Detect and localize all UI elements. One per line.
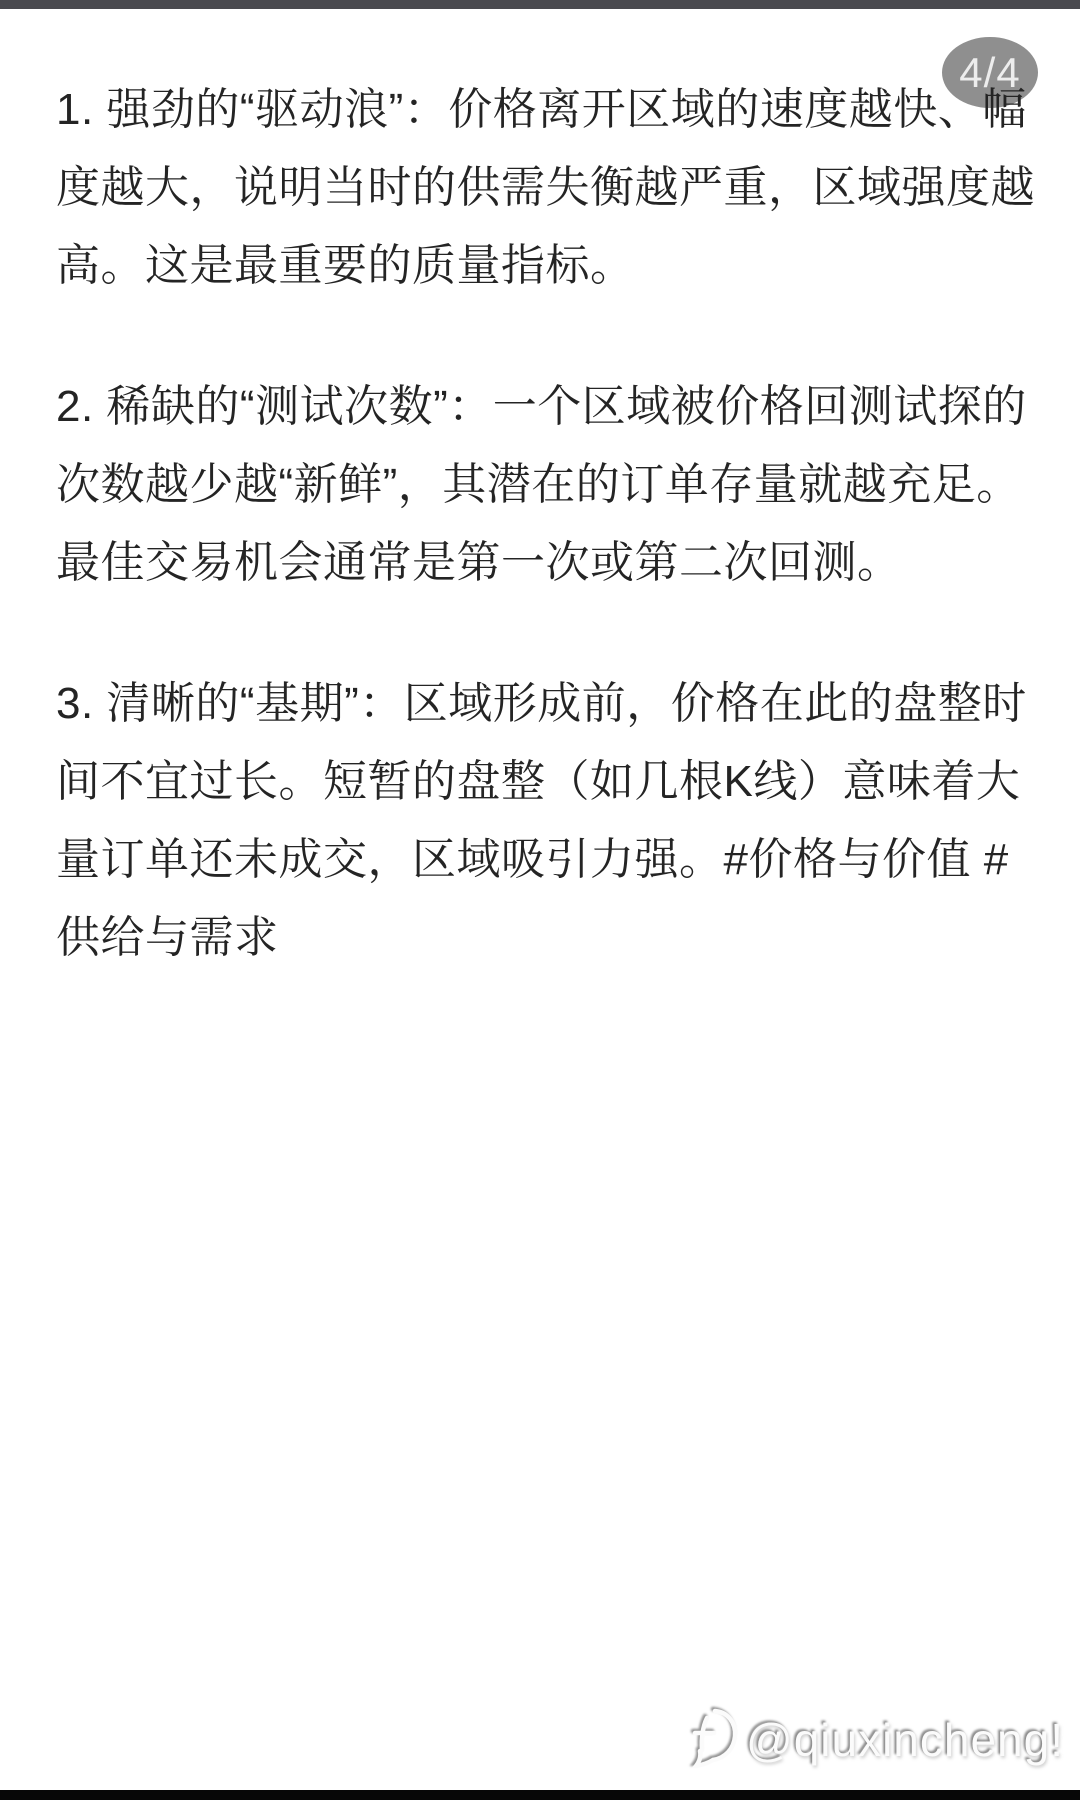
text-line: 度越大，说明当时的供需失衡越严重，区域强度越 [56, 149, 1050, 227]
text-line: 间不宜过长。短暂的盘整（如几根K线）意味着大 [56, 743, 1050, 821]
text-line: 量订单还未成交，区域吸引力强。#价格与价值 # [56, 821, 1050, 899]
paragraph-3: 3. 清晰的“基期”：区域形成前，价格在此的盘整时 间不宜过长。短暂的盘整（如几… [56, 665, 1050, 977]
watermark: @qiuxincheng! [688, 1706, 1064, 1773]
watermark-handle: @qiuxincheng! [746, 1713, 1064, 1767]
text-line: 供给与需求 [56, 899, 1050, 977]
text-line: 1. 强劲的“驱动浪”：价格离开区域的速度越快、幅 [56, 71, 1050, 149]
paragraph-1: 1. 强劲的“驱动浪”：价格离开区域的速度越快、幅 度越大，说明当时的供需失衡越… [56, 71, 1050, 305]
text-line: 3. 清晰的“基期”：区域形成前，价格在此的盘整时 [56, 665, 1050, 743]
text-line: 高。这是最重要的质量指标。 [56, 227, 1050, 305]
text-line: 次数越少越“新鲜”，其潜在的订单存量就越充足。 [56, 446, 1050, 524]
text-line: 最佳交易机会通常是第一次或第二次回测。 [56, 524, 1050, 602]
text-line: 2. 稀缺的“测试次数”：一个区域被价格回测试探的 [56, 368, 1050, 446]
note-page: 4/4 1. 强劲的“驱动浪”：价格离开区域的速度越快、幅 度越大，说明当时的供… [0, 0, 1080, 1800]
top-edge-bar [0, 0, 1080, 9]
speech-bubble-logo-icon [688, 1706, 740, 1773]
bottom-edge-bar [0, 1790, 1080, 1800]
note-body-text: 1. 强劲的“驱动浪”：价格离开区域的速度越快、幅 度越大，说明当时的供需失衡越… [56, 71, 1050, 977]
paragraph-2: 2. 稀缺的“测试次数”：一个区域被价格回测试探的 次数越少越“新鲜”，其潜在的… [56, 368, 1050, 602]
